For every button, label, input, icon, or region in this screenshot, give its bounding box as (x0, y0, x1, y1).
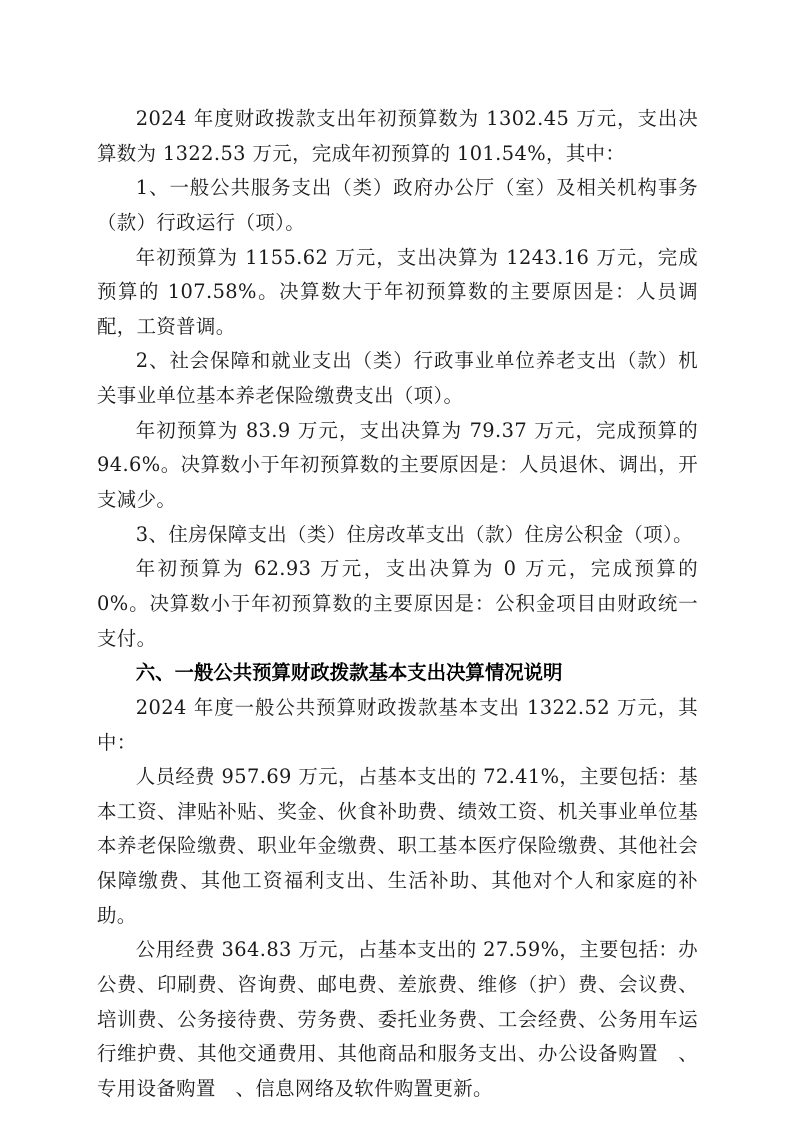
document-page: 2024 年度财政拨款支出年初预算数为 1302.45 万元，支出决算数为 13… (97, 102, 698, 1107)
paragraph-item-3-title: 3、住房保障支出（类）住房改革支出（款）住房公积金（项）。 (97, 518, 698, 553)
paragraph-personnel-expenses: 人员经费 957.69 万元，占基本支出的 72.41%，主要包括：基本工资、津… (97, 760, 698, 933)
paragraph-item-1-detail: 年初预算为 1155.62 万元，支出决算为 1243.16 万元，完成预算的 … (97, 241, 698, 345)
paragraph-item-3-detail: 年初预算为 62.93 万元，支出决算为 0 万元，完成预算的 0%。决算数小于… (97, 552, 698, 656)
section-heading-6: 六、一般公共预算财政拨款基本支出决算情况说明 (97, 656, 698, 691)
paragraph-item-2-detail: 年初预算为 83.9 万元，支出决算为 79.37 万元，完成预算的 94.6%… (97, 414, 698, 518)
paragraph-item-2-title: 2、社会保障和就业支出（类）行政事业单位养老支出（款）机关事业单位基本养老保险缴… (97, 344, 698, 413)
paragraph-budget-overview: 2024 年度财政拨款支出年初预算数为 1302.45 万元，支出决算数为 13… (97, 102, 698, 171)
paragraph-public-expenses: 公用经费 364.83 万元，占基本支出的 27.59%，主要包括：办公费、印刷… (97, 933, 698, 1106)
paragraph-item-1-title: 1、一般公共服务支出（类）政府办公厅（室）及相关机构事务（款）行政运行（项）。 (97, 171, 698, 240)
paragraph-basic-expenditure: 2024 年度一般公共预算财政拨款基本支出 1322.52 万元，其中： (97, 691, 698, 760)
